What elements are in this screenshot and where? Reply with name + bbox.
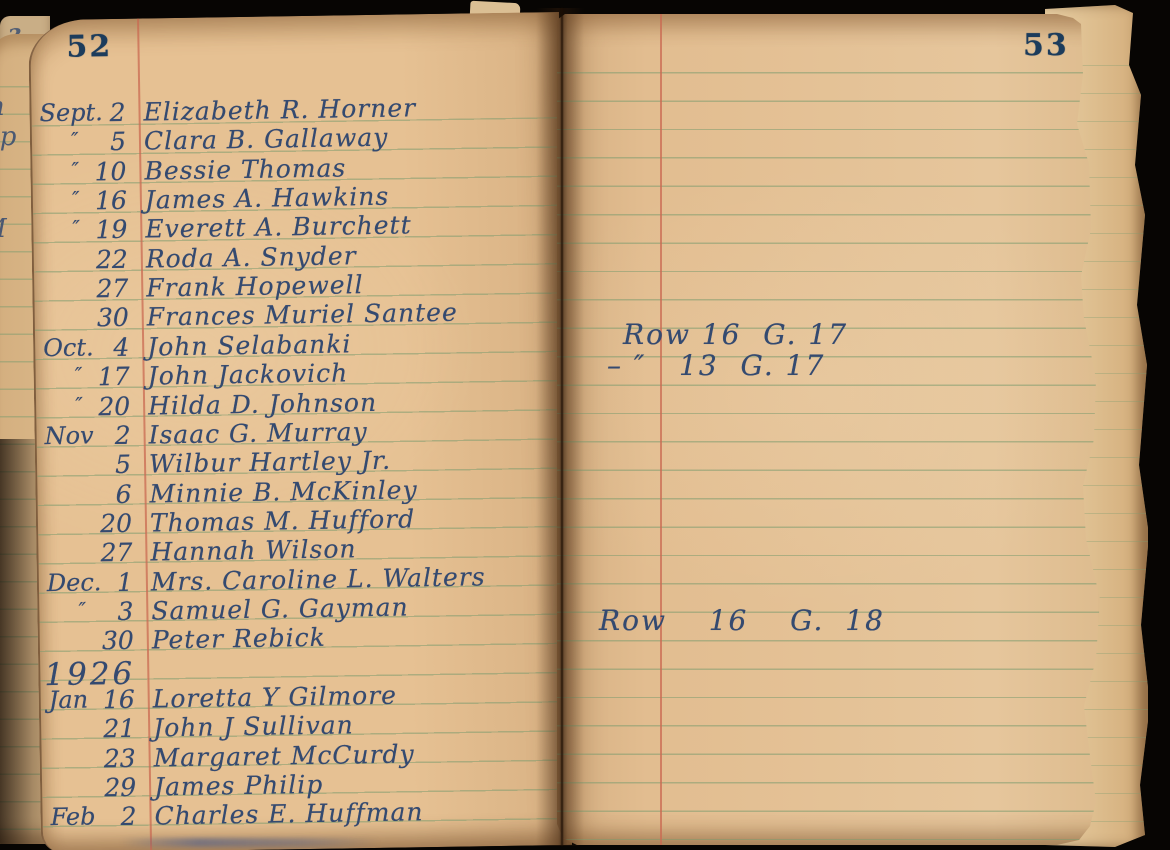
row-annotation: Row 16 G. 18 [599,604,885,637]
entry-day: 29 [72,773,136,803]
page-left: 52 Sept. 2 Elizabeth R. Horner ″ 5 Clara… [28,12,572,850]
entry-day: 5 [62,127,126,157]
entry-day: 30 [65,303,129,333]
page-right: 53 Row 16 G. 17 – ″ 13 G. 17 Row 16 G. 1… [557,14,1117,846]
entry-day: 30 [70,626,134,656]
ledger-entries: Sept. 2 Elizabeth R. Horner ″ 5 Clara B.… [30,12,559,20]
entry-day: 1 [69,567,133,597]
entry-day: 20 [68,509,132,539]
entry-day: 2 [66,421,130,451]
underpage-text-fragment: Ap [0,122,17,152]
entry-day: 23 [71,743,135,773]
entry-day: 2 [61,98,125,128]
entry-day: 19 [63,215,127,245]
ruled-lines-right [557,72,1117,840]
underpage-text-fragment: M [0,214,8,244]
entry-day: 22 [64,245,128,275]
entry-day: 27 [64,274,128,304]
entry-day: 3 [69,597,133,627]
entry-day: 2 [72,802,136,832]
entry-day: 27 [68,538,132,568]
entry-name: Charles E. Huffman [154,795,563,830]
entry-day: 21 [71,714,135,744]
entry-day: 17 [65,362,129,392]
page-number-right: 53 [1023,28,1069,63]
row-annotation: – ″ 13 G. 17 [607,349,825,382]
entry-day: 10 [62,157,126,187]
entry-day: 20 [66,391,130,421]
bottom-page-edge-smudge [120,838,380,847]
entry-day: 6 [67,479,131,509]
ledger-book-scan: 3 mAp·M·JJ6 52 Sept. 2 Elizabeth R. Horn… [0,0,1170,850]
underpage-text-fragment: m [0,92,6,122]
entry-day: 5 [67,450,131,480]
row-annotation: Row 16 G. 17 [623,318,848,351]
entry-day: 16 [63,186,127,216]
entry-day: 4 [65,333,129,363]
page-number-left: 52 [66,29,112,65]
margin-line-right [660,14,662,846]
entry-day: 16 [71,685,135,715]
